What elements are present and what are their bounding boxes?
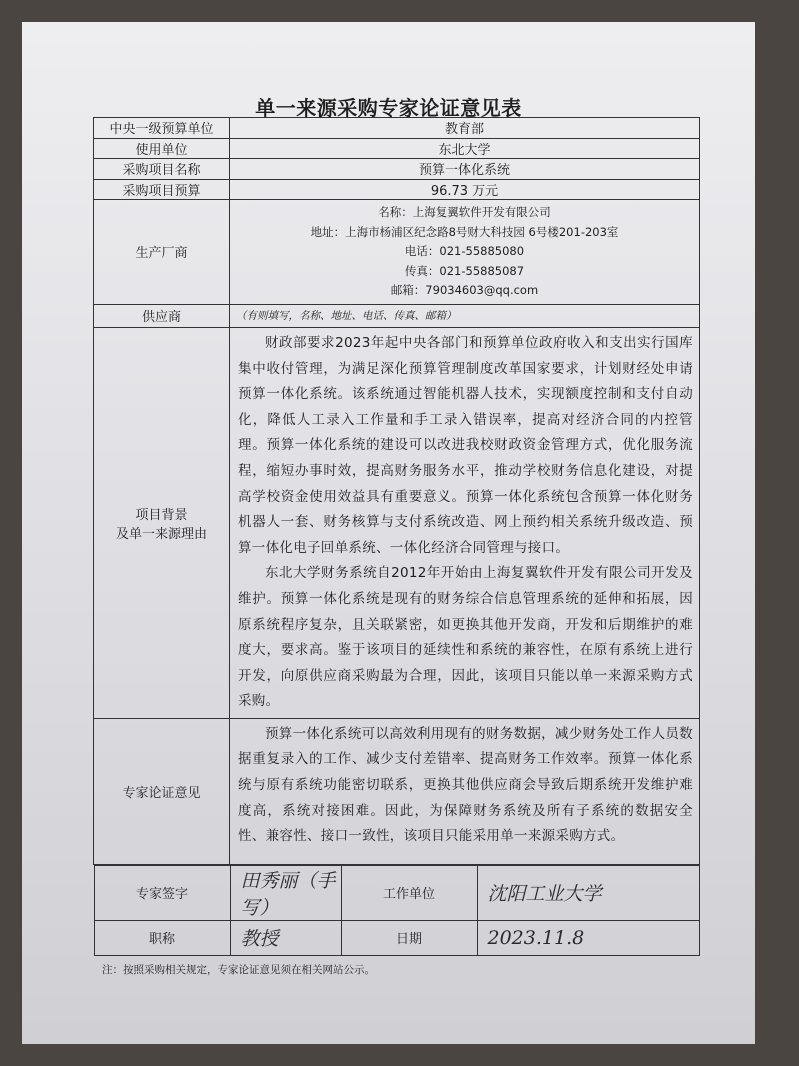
row-user-unit: 使用单位 东北大学 bbox=[94, 138, 700, 159]
row-project-budget: 采购项目预算 96.73 万元 bbox=[94, 179, 700, 200]
label-background: 项目背景 及单一来源理由 bbox=[94, 327, 230, 718]
label-manufacturer: 生产厂商 bbox=[94, 200, 230, 305]
row-background: 项目背景 及单一来源理由 财政部要求2023年起中央各部门和预算单位政府收入和支… bbox=[94, 327, 700, 718]
manufacturer-phone: 电话：021-55885080 bbox=[238, 242, 691, 262]
label-project-budget: 采购项目预算 bbox=[94, 179, 230, 200]
label-user-unit: 使用单位 bbox=[94, 138, 230, 159]
label-central-unit: 中央一级预算单位 bbox=[94, 118, 230, 139]
job-title-value: 教授 bbox=[230, 920, 341, 955]
footnote: 注：按照采购相关规定，专家论证意见须在相关网站公示。 bbox=[102, 962, 375, 977]
expert-signature: 田秀丽（手写） bbox=[230, 865, 341, 920]
value-central-unit: 教育部 bbox=[230, 118, 700, 139]
row-central-unit: 中央一级预算单位 教育部 bbox=[94, 118, 700, 139]
manufacturer-address: 地址：上海市杨浦区纪念路8号财大科技园 6号楼201-203室 bbox=[238, 223, 691, 243]
label-expert-signature: 专家签字 bbox=[94, 865, 230, 920]
row-signature: 专家签字 田秀丽（手写） 工作单位 沈阳工业大学 职称 教授 日期 2023.1… bbox=[94, 864, 700, 956]
manufacturer-email: 邮箱：79034603@qq.com bbox=[238, 281, 691, 301]
manufacturer-details: 名称：上海复翼软件开发有限公司 地址：上海市杨浦区纪念路8号财大科技园 6号楼2… bbox=[230, 200, 700, 305]
label-supplier: 供应商 bbox=[94, 304, 230, 327]
label-background-line2: 及单一来源理由 bbox=[94, 523, 229, 542]
work-unit-value: 沈阳工业大学 bbox=[477, 865, 699, 920]
paper-sheet: 单一来源采购专家论证意见表 中央一级预算单位 教育部 使用单位 东北大学 采购项… bbox=[22, 22, 755, 1044]
label-expert-opinion: 专家论证意见 bbox=[94, 718, 230, 864]
expert-opinion-form: 中央一级预算单位 教育部 使用单位 东北大学 采购项目名称 预算一体化系统 采购… bbox=[93, 117, 700, 956]
row-manufacturer: 生产厂商 名称：上海复翼软件开发有限公司 地址：上海市杨浦区纪念路8号财大科技园… bbox=[94, 200, 700, 305]
value-user-unit: 东北大学 bbox=[230, 138, 700, 159]
background-paragraph-2: 东北大学财务系统自2012年开始由上海复翼软件开发有限公司开发及维护。预算一体化… bbox=[238, 561, 693, 715]
manufacturer-fax: 传真：021-55885087 bbox=[238, 262, 691, 282]
row-project-name: 采购项目名称 预算一体化系统 bbox=[94, 159, 700, 180]
background-text: 财政部要求2023年起中央各部门和预算单位政府收入和支出实行国库集中收付管理，为… bbox=[230, 327, 700, 718]
label-work-unit: 工作单位 bbox=[341, 865, 477, 920]
label-job-title: 职称 bbox=[94, 920, 230, 955]
value-project-budget: 96.73 万元 bbox=[230, 179, 700, 200]
label-background-line1: 项目背景 bbox=[94, 504, 229, 523]
expert-opinion-text: 预算一体化系统可以高效利用现有的财务数据，减少财务处工作人员数据重复录入的工作、… bbox=[230, 718, 700, 864]
background-paragraph-1: 财政部要求2023年起中央各部门和预算单位政府收入和支出实行国库集中收付管理，为… bbox=[238, 331, 693, 561]
expert-opinion-paragraph: 预算一体化系统可以高效利用现有的财务数据，减少财务处工作人员数据重复录入的工作、… bbox=[238, 722, 693, 850]
signature-grid: 专家签字 田秀丽（手写） 工作单位 沈阳工业大学 职称 教授 日期 2023.1… bbox=[94, 865, 700, 956]
date-value: 2023.11.8 bbox=[477, 920, 699, 955]
row-expert-opinion: 专家论证意见 预算一体化系统可以高效利用现有的财务数据，减少财务处工作人员数据重… bbox=[94, 718, 700, 864]
supplier-hint: （有则填写，名称、地址、电话、传真、邮箱） bbox=[230, 304, 700, 327]
manufacturer-name: 名称：上海复翼软件开发有限公司 bbox=[238, 203, 691, 223]
label-date: 日期 bbox=[341, 920, 477, 955]
row-supplier: 供应商 （有则填写，名称、地址、电话、传真、邮箱） bbox=[94, 304, 700, 327]
label-project-name: 采购项目名称 bbox=[94, 159, 230, 180]
value-project-name: 预算一体化系统 bbox=[230, 159, 700, 180]
